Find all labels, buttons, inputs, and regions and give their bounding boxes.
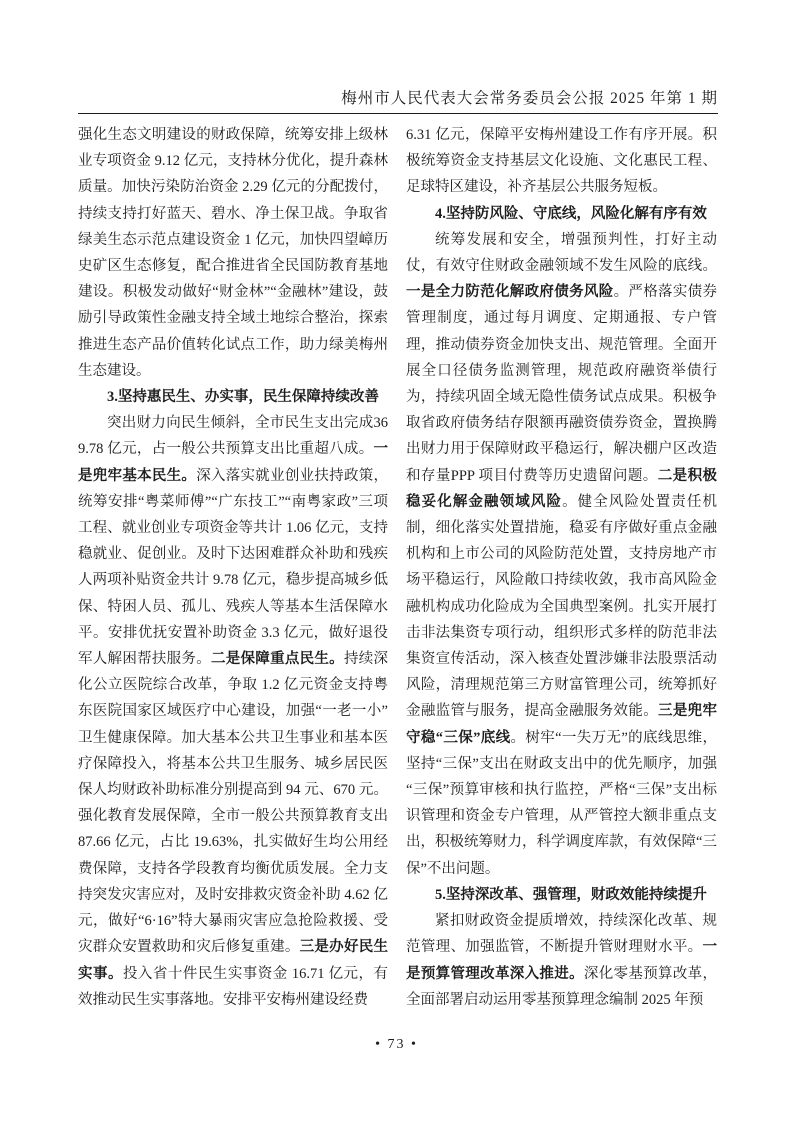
bold-run: 一是全力防范化解政府债务风险 xyxy=(406,284,614,300)
continued-paragraph: 强化生态文明建设的财政保障，统筹安排上级林业专项资金 9.12 亿元，支持林分优… xyxy=(78,122,388,384)
body-paragraph: 紧扣财政资金提质增效，持续深化改革、规范管理、加强监管，不断提升管财理财水平。一… xyxy=(406,908,717,1013)
text-run: 。严格落实债券管理制度，通过每月调度、定期通报、专户管理，推动债券资金加快支出、… xyxy=(406,284,717,483)
section-heading: 4.坚持防风险、守底线，风险化解有序有效 xyxy=(406,201,717,227)
bold-run: 二是保障重点民生。 xyxy=(211,651,344,667)
text-run: 。树牢“一失万无”的底线思维，坚持“三保”支出在财政支出中的优先顺序，加强“三保… xyxy=(406,730,717,877)
text-run: 紧扣财政资金提质增效，持续深化改革、规范管理、加强监管，不断提升管财理财水平。 xyxy=(406,913,717,955)
page-header-title: 梅州市人民代表大会常务委员会公报 2025 年第 1 期 xyxy=(78,86,718,108)
gazette-page: { "header": { "title": "梅州市人民代表大会常务委员会公报… xyxy=(0,0,793,1122)
section-heading: 5.坚持深改革、强管理，财政效能持续提升 xyxy=(406,882,717,908)
left-column: 强化生态文明建设的财政保障，统筹安排上级林业专项资金 9.12 亿元，支持林分优… xyxy=(78,122,388,1013)
right-column: 6.31 亿元，保障平安梅州建设工作有序开展。积极统筹资金支持基层文化设施、文化… xyxy=(406,122,717,1013)
body-paragraph: 突出财力向民生倾斜，全市民生支出完成369.78 亿元，占一般公共预算支出比重超… xyxy=(78,410,388,1013)
continued-paragraph: 6.31 亿元，保障平安梅州建设工作有序开展。积极统筹资金支持基层文化设施、文化… xyxy=(406,122,717,201)
header-rule xyxy=(78,113,718,114)
text-run: 持续深化公立医院综合改革，争取 1.2 亿元资金支持粤东医院国家区域医疗中心建设… xyxy=(78,651,388,955)
text-run: 突出财力向民生倾斜，全市民生支出完成369.78 亿元，占一般公共预算支出比重超… xyxy=(78,415,388,457)
text-run: 强化生态文明建设的财政保障，统筹安排上级林业专项资金 9.12 亿元，支持林分优… xyxy=(78,127,388,379)
section-heading: 3.坚持惠民生、办实事，民生保障持续改善 xyxy=(78,384,388,410)
text-run: 投入省十件民生实事资金 16.71 亿元，有效推动民生实事落地。安排平安梅州建设… xyxy=(78,966,388,1008)
text-run: 6.31 亿元，保障平安梅州建设工作有序开展。积极统筹资金支持基层文化设施、文化… xyxy=(406,127,717,195)
text-run: 深入落实就业创业扶持政策，统筹安排“粤菜师傅”“广东技工”“南粤家政”三项工程、… xyxy=(78,468,388,667)
body-paragraph: 统筹发展和安全，增强预判性，打好主动仗，有效守住财政金融领域不发生风险的底线。一… xyxy=(406,227,717,882)
text-run: 。健全风险处置责任机制，细化落实处置措施，稳妥有序做好重点金融机构和上市公司的风… xyxy=(406,494,717,720)
page-number: • 73 • xyxy=(0,1037,793,1053)
text-run: 统筹发展和安全，增强预判性，打好主动仗，有效守住财政金融领域不发生风险的底线。 xyxy=(406,232,717,274)
